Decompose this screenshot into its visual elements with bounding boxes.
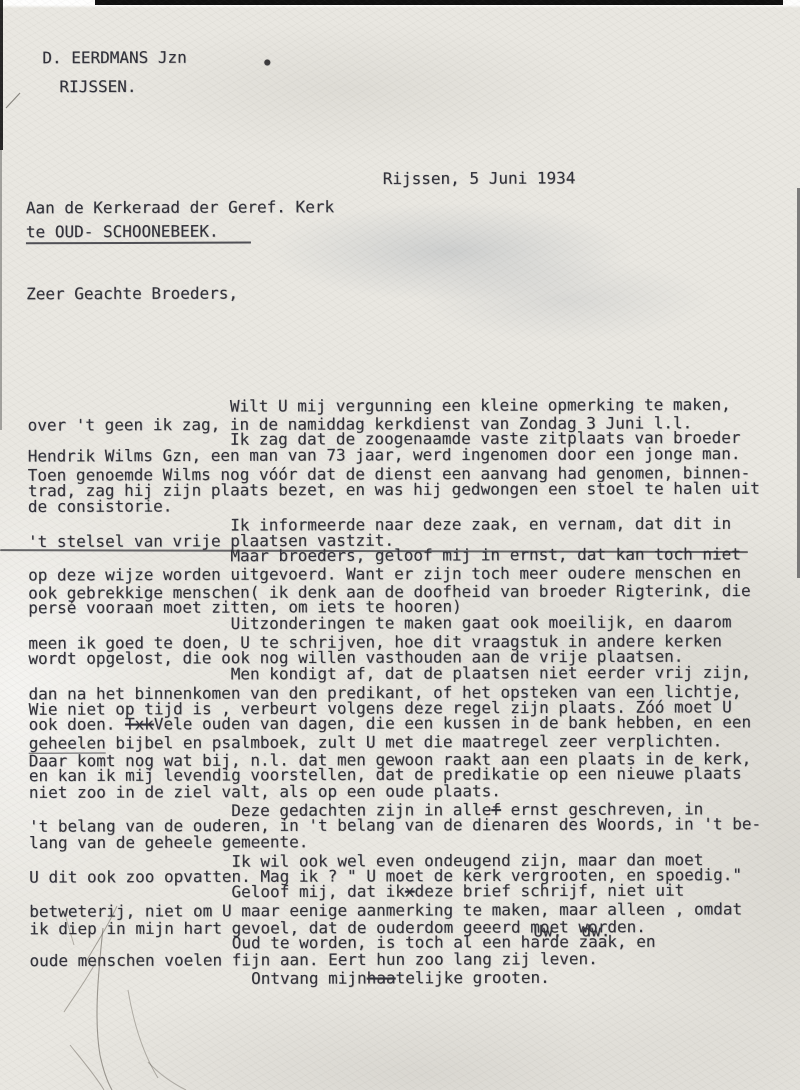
addressee-line-2: te OUD- SCHOONEBEEK. [26, 222, 251, 245]
letter-line: oude menschen voelen fijn aan. Eert hun … [29, 951, 791, 970]
letter-line: Ontvang mijnhaatelijke grooten. [29, 969, 791, 988]
indent [28, 614, 230, 634]
indent [29, 969, 231, 989]
text-segment: haa [367, 968, 396, 987]
text-segment: Geloof mij, dat ik [231, 882, 404, 902]
indent [28, 664, 230, 684]
text-segment: Txk [125, 715, 154, 734]
scanned-letter-page: D. EERDMANS Jzn RIJSSEN. Rijssen, 5 Juni… [0, 0, 800, 1090]
text-segment: Ontvang mijn [232, 969, 367, 988]
text-segment: ook doen. [29, 715, 125, 734]
indent [29, 882, 231, 902]
text-segment: telijke grooten. [396, 968, 550, 988]
signoff: Uw. dw. [533, 921, 610, 940]
text-segment: Men kondigt af, dat de plaatsen niet eer… [231, 662, 751, 683]
text-segment: Hendrik Wilms Gzn, een man van 73 jaar, … [28, 444, 741, 465]
sender-name: D. EERDMANS Jzn [42, 48, 187, 68]
text-segment: Uitzonderingen te maken gaat ook moeilij… [231, 613, 732, 634]
addressee-underlined-text: te OUD- SCHOONEBEEK. [26, 222, 251, 245]
addressee-line-1: Aan de Kerkeraad der Geref. Kerk [26, 197, 334, 217]
text-segment: niet zoo in de ziel valt, als op een oud… [29, 782, 501, 803]
letter-body: Wilt U mij vergunning een kleine opmerki… [27, 340, 791, 988]
text-segment: x [405, 882, 415, 901]
indent [27, 397, 229, 417]
dateline: Rijssen, 5 Juni 1934 [383, 168, 576, 188]
text-segment: deze brief schrijf, niet uit [415, 881, 685, 901]
ink-dot [264, 59, 270, 65]
sender-city: RIJSSEN. [59, 77, 136, 96]
salutation: Zeer Geachte Broeders, [26, 284, 238, 304]
indent [28, 546, 230, 566]
letter-content: D. EERDMANS Jzn RIJSSEN. Rijssen, 5 Juni… [0, 0, 800, 1090]
indent [29, 933, 231, 953]
text-segment: lang van de geheele gemeente. [29, 832, 308, 852]
text-segment: de consistorie. [28, 496, 173, 516]
